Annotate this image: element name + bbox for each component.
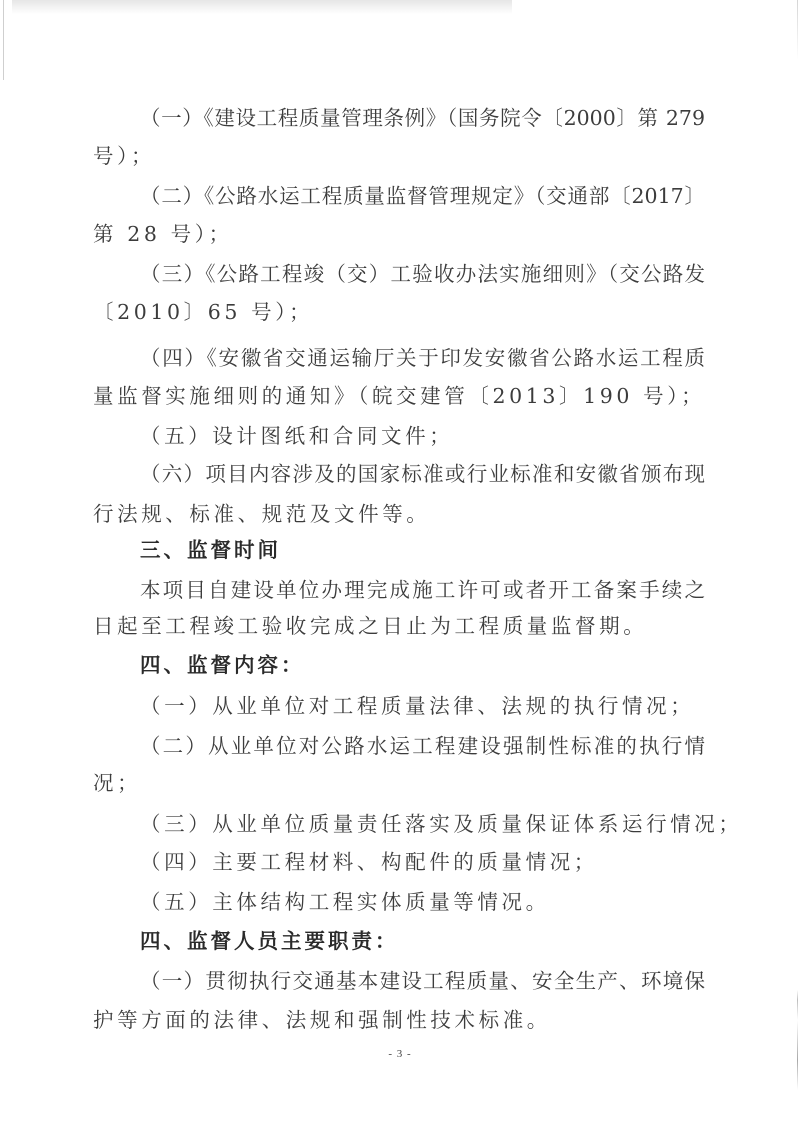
basis-item-6-line-2: 行法规、标准、规范及文件等。 — [93, 499, 705, 529]
scan-left-edge — [3, 0, 4, 80]
basis-item-4-line-2: 量监督实施细则的通知》（皖交建管〔2013〕190 号）； — [93, 381, 705, 411]
duty-item-1-line-2: 护等方面的法律、法规和强制性技术标准。 — [93, 1005, 705, 1035]
basis-item-6-line-1: （六）项目内容涉及的国家标准或行业标准和安徽省颁布现 — [140, 459, 705, 489]
basis-item-1-line-1: （一）《建设工程质量管理条例》（国务院令〔2000〕第 279 — [140, 103, 705, 133]
content-item-5: （五）主体结构工程实体质量等情况。 — [140, 887, 705, 917]
basis-item-3-line-1: （三）《公路工程竣（交）工验收办法实施细则》（交公路发 — [140, 259, 705, 289]
supervision-time-body-line-1: 本项目自建设单位办理完成施工许可或者开工备案手续之 — [140, 575, 705, 605]
scan-edge-shadow — [12, 0, 512, 14]
basis-item-4-line-1: （四）《安徽省交通运输厅关于印发安徽省公路水运工程质 — [140, 343, 705, 373]
scan-right-edge — [797, 0, 798, 1131]
content-item-4: （四）主要工程材料、构配件的质量情况； — [140, 847, 705, 877]
basis-item-5: （五）设计图纸和合同文件； — [140, 421, 705, 451]
basis-item-2-line-1: （二）《公路水运工程质量监督管理规定》（交通部〔2017〕 — [140, 181, 705, 211]
content-item-2-line-1: （二）从业单位对公路水运工程建设强制性标准的执行情 — [140, 731, 705, 761]
content-item-1: （一）从业单位对工程质量法律、法规的执行情况； — [140, 691, 705, 721]
basis-item-3-line-2: 〔2010〕65 号）； — [93, 297, 705, 327]
basis-item-1-line-2: 号）； — [93, 141, 705, 171]
basis-item-2-line-2: 第 28 号）； — [93, 219, 705, 249]
page-number: - 3 - — [0, 1048, 800, 1060]
supervision-time-body-line-2: 日起至工程竣工验收完成之日止为工程质量监督期。 — [93, 611, 705, 641]
section-heading-supervisor-duties: 四、监督人员主要职责： — [140, 926, 705, 956]
duty-item-1-line-1: （一）贯彻执行交通基本建设工程质量、安全生产、环境保 — [140, 966, 705, 996]
section-heading-supervision-content: 四、监督内容： — [140, 650, 705, 680]
content-item-2-line-2: 况； — [93, 768, 705, 798]
section-heading-supervision-time: 三、监督时间 — [140, 535, 705, 565]
content-item-3: （三）从业单位质量责任落实及质量保证体系运行情况； — [140, 809, 705, 839]
